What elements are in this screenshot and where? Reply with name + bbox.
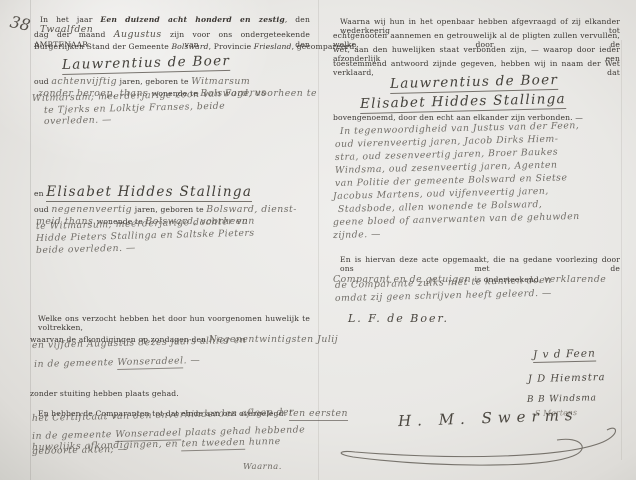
signature-witness-feen: J v d Feen: [533, 347, 596, 361]
printed-line: Burgerlijken Stand der Gemeente Bolsward…: [34, 42, 357, 51]
document-scan: 38 In het jaar Een duizend acht honderd …: [0, 0, 636, 480]
handwritten-text: Augustus: [114, 29, 162, 40]
bride-name: Elisabet Hiddes Stallinga: [360, 88, 566, 112]
printed-line: zonder stuiting hebben plaats gehad.: [30, 389, 179, 398]
signature-witness-windsma: B B Windsma: [527, 393, 597, 405]
printed-text: Burgerlijken Stand der Gemeente: [34, 42, 171, 51]
signature-flourish: [335, 420, 625, 472]
printed-text: Friesland: [254, 42, 292, 51]
act-number: 38: [8, 12, 32, 35]
catchword: Waarna.: [243, 462, 282, 472]
printed-text: Een duizend acht honderd en zestig: [100, 15, 284, 24]
printed-text: dag der maand: [34, 30, 114, 39]
printed-text: In het jaar: [40, 15, 100, 24]
printed-text: , den: [285, 15, 310, 24]
right-edge-line: [621, 40, 622, 460]
handwritten-text: verklarende: [544, 274, 606, 285]
left-margin-line: [30, 0, 31, 480]
handwritten-line: beide overleden. —: [36, 243, 136, 256]
handwritten-line: geboorte akten; —: [32, 444, 128, 457]
handwritten-line: overleden. —: [44, 114, 112, 127]
handwritten-line: in de gemeente Wonseradeel. —: [34, 348, 201, 371]
signature-witness-hiemstra: J D Hiemstra: [528, 372, 606, 385]
signature-groom: L. F. de Boer.: [348, 312, 449, 325]
handwritten-line: zijnde. —: [333, 229, 381, 241]
